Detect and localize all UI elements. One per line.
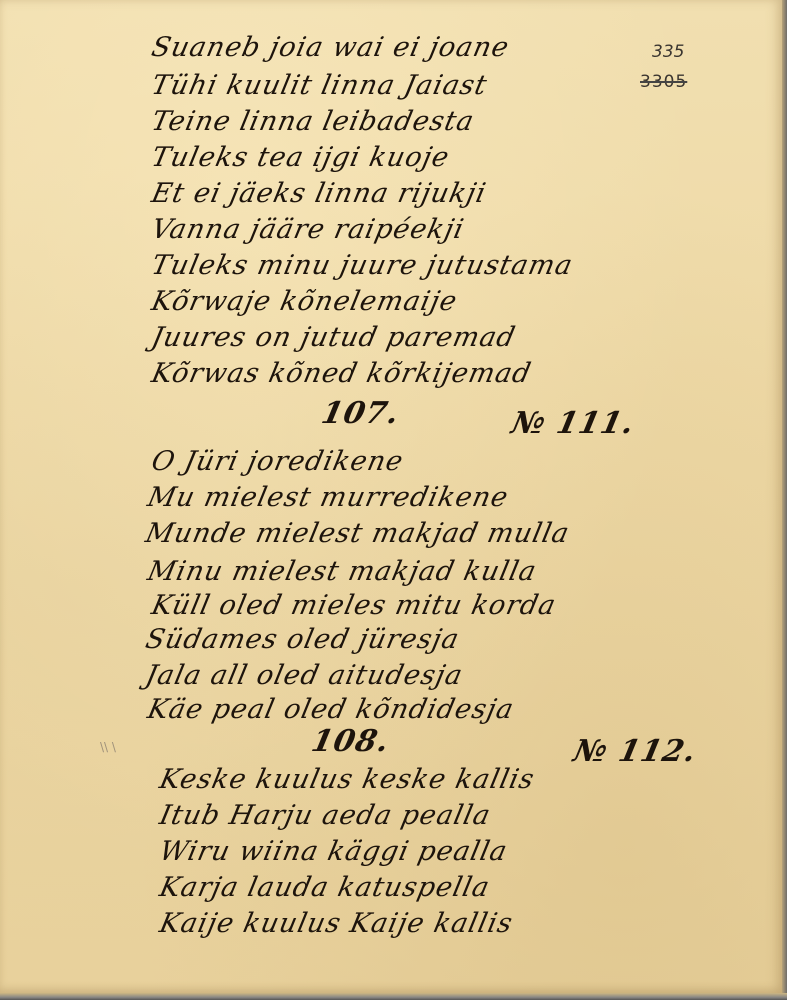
verse-line: Kaije kuulus Kaije kallis (157, 908, 516, 939)
verse-line: Munde mielest makjad mulla (143, 518, 573, 549)
verse-line: Wiru wiina käggi pealla (157, 836, 511, 867)
verse-line: Kõrwaje kõnelemaije (149, 286, 461, 317)
verse-line: Juures on jutud paremad (149, 322, 519, 353)
page-bottom-edge (0, 993, 787, 1000)
song-number: 108. (308, 724, 393, 759)
verse-line: Itub Harju aeda pealla (157, 800, 494, 831)
verse-line: Suaneb joia wai ei joane (149, 32, 512, 63)
verse-line: Teine linna leibadesta (149, 106, 477, 137)
manuscript-page: 335 3305 Suaneb joia wai ei joane Tühi k… (0, 0, 784, 995)
verse-line: Vanna jääre raipéekji (149, 214, 467, 245)
verse-line: Keske kuulus keske kallis (157, 764, 538, 795)
verse-line: O Jüri joredikene (149, 446, 407, 477)
margin-pencil-marks: \\ \ (100, 740, 116, 754)
verse-line: Südames oled jüresja (143, 624, 463, 655)
verse-line: Karja lauda katuspella (157, 872, 493, 903)
song-number: 107. (318, 396, 403, 431)
archive-page-number: 335 (652, 42, 684, 62)
catalog-number: № 112. (570, 734, 700, 769)
verse-line: Jala all oled aitudesja (143, 660, 466, 691)
verse-line: Et ei jäeks linna rijukji (149, 178, 490, 209)
verse-line: Mu mielest murredikene (145, 482, 512, 513)
archive-old-page-number: 3305 (640, 72, 687, 92)
verse-line: Tuleks tea ijgi kuoje (149, 142, 453, 173)
catalog-number: № 111. (508, 406, 638, 441)
verse-line: Küll oled mieles mitu korda (149, 590, 559, 621)
verse-line: Minu mielest makjad kulla (145, 556, 540, 587)
page-right-edge (782, 0, 787, 1000)
verse-line: Kõrwas kõned kõrkijemad (149, 358, 535, 389)
verse-line: Käe peal oled kõndidesja (145, 694, 517, 725)
verse-line: Tühi kuulit linna Jaiast (149, 70, 491, 101)
verse-line: Tuleks minu juure jutustama (149, 250, 576, 281)
